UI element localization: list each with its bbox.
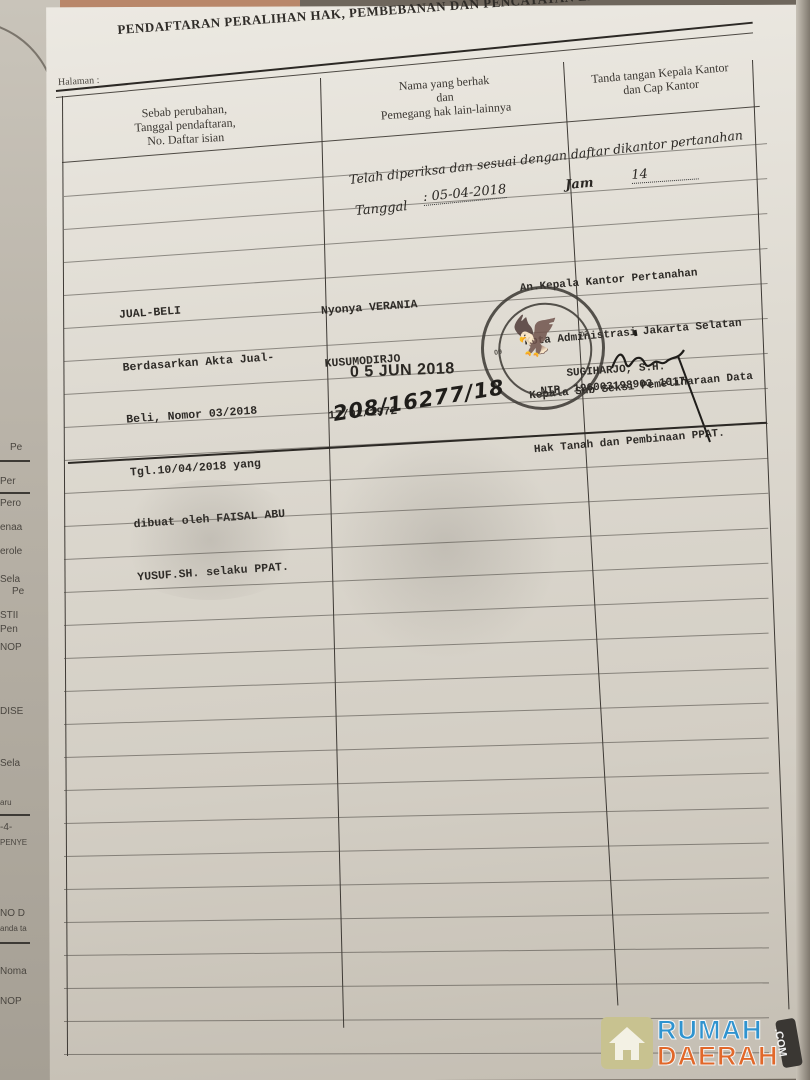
ruled-line [64, 982, 769, 989]
jam-label: Jam [565, 176, 595, 193]
watermark-tag: .COM [775, 1018, 803, 1069]
entry-nama: Nyonya VERANIA KUSUMODIRJO 17/01/1972 [318, 261, 428, 460]
house-icon [601, 1017, 653, 1069]
watermark-logo: RUMAH DAERAH .COM [601, 1015, 801, 1071]
column-divider [563, 62, 618, 1005]
ink-smudge [110, 480, 310, 600]
ruled-line [64, 738, 769, 758]
ruled-line [64, 807, 769, 824]
ruled-line [64, 668, 769, 692]
ruled-line [64, 703, 769, 725]
column-header-nama: Nama yang berhak dan Pemegang hak lain-l… [354, 70, 536, 124]
nama-line: Nyonya VERANIA [320, 296, 418, 320]
sebab-line: Berdasarkan Akta Jual- [122, 349, 275, 377]
tanggal-value: : 05-04-2018 [422, 182, 507, 206]
watermark-line2: DAERAH [657, 1041, 779, 1072]
sebab-line: Beli, Nomor 03/2018 [126, 401, 279, 429]
document-content: PENDAFTARAN PERALIHAN HAK, PEMBEBANAN DA… [0, 0, 810, 1080]
garuda-emblem-icon: 🦅 [509, 308, 565, 361]
stamp-number: 09 [494, 349, 503, 357]
sebab-line: JUAL-BELI [118, 296, 271, 324]
ruled-line [64, 773, 769, 791]
house-roof [609, 1027, 645, 1043]
ruled-line [64, 877, 769, 890]
tanggal-label: Tanggal [355, 199, 409, 219]
jam-value: 14 [631, 163, 699, 184]
column-header-tanda-tangan: Tanda tangan Kepala Kantor dan Cap Kanto… [567, 58, 754, 102]
page-title: PENDAFTARAN PERALIHAN HAK, PEMBEBANAN DA… [117, 0, 613, 38]
table-right-border [752, 60, 789, 1009]
ruled-line [64, 912, 769, 923]
date-stamp: 0 5 JUN 2018 [350, 360, 455, 382]
ruled-line [64, 947, 769, 956]
column-header-sebab: Sebab perubahan, Tanggal pendaftaran, No… [109, 100, 261, 150]
ruled-line [64, 842, 769, 857]
ink-smudge [330, 430, 560, 660]
table-left-border [62, 96, 68, 1056]
house-door [623, 1050, 631, 1060]
ruled-line [64, 178, 767, 230]
